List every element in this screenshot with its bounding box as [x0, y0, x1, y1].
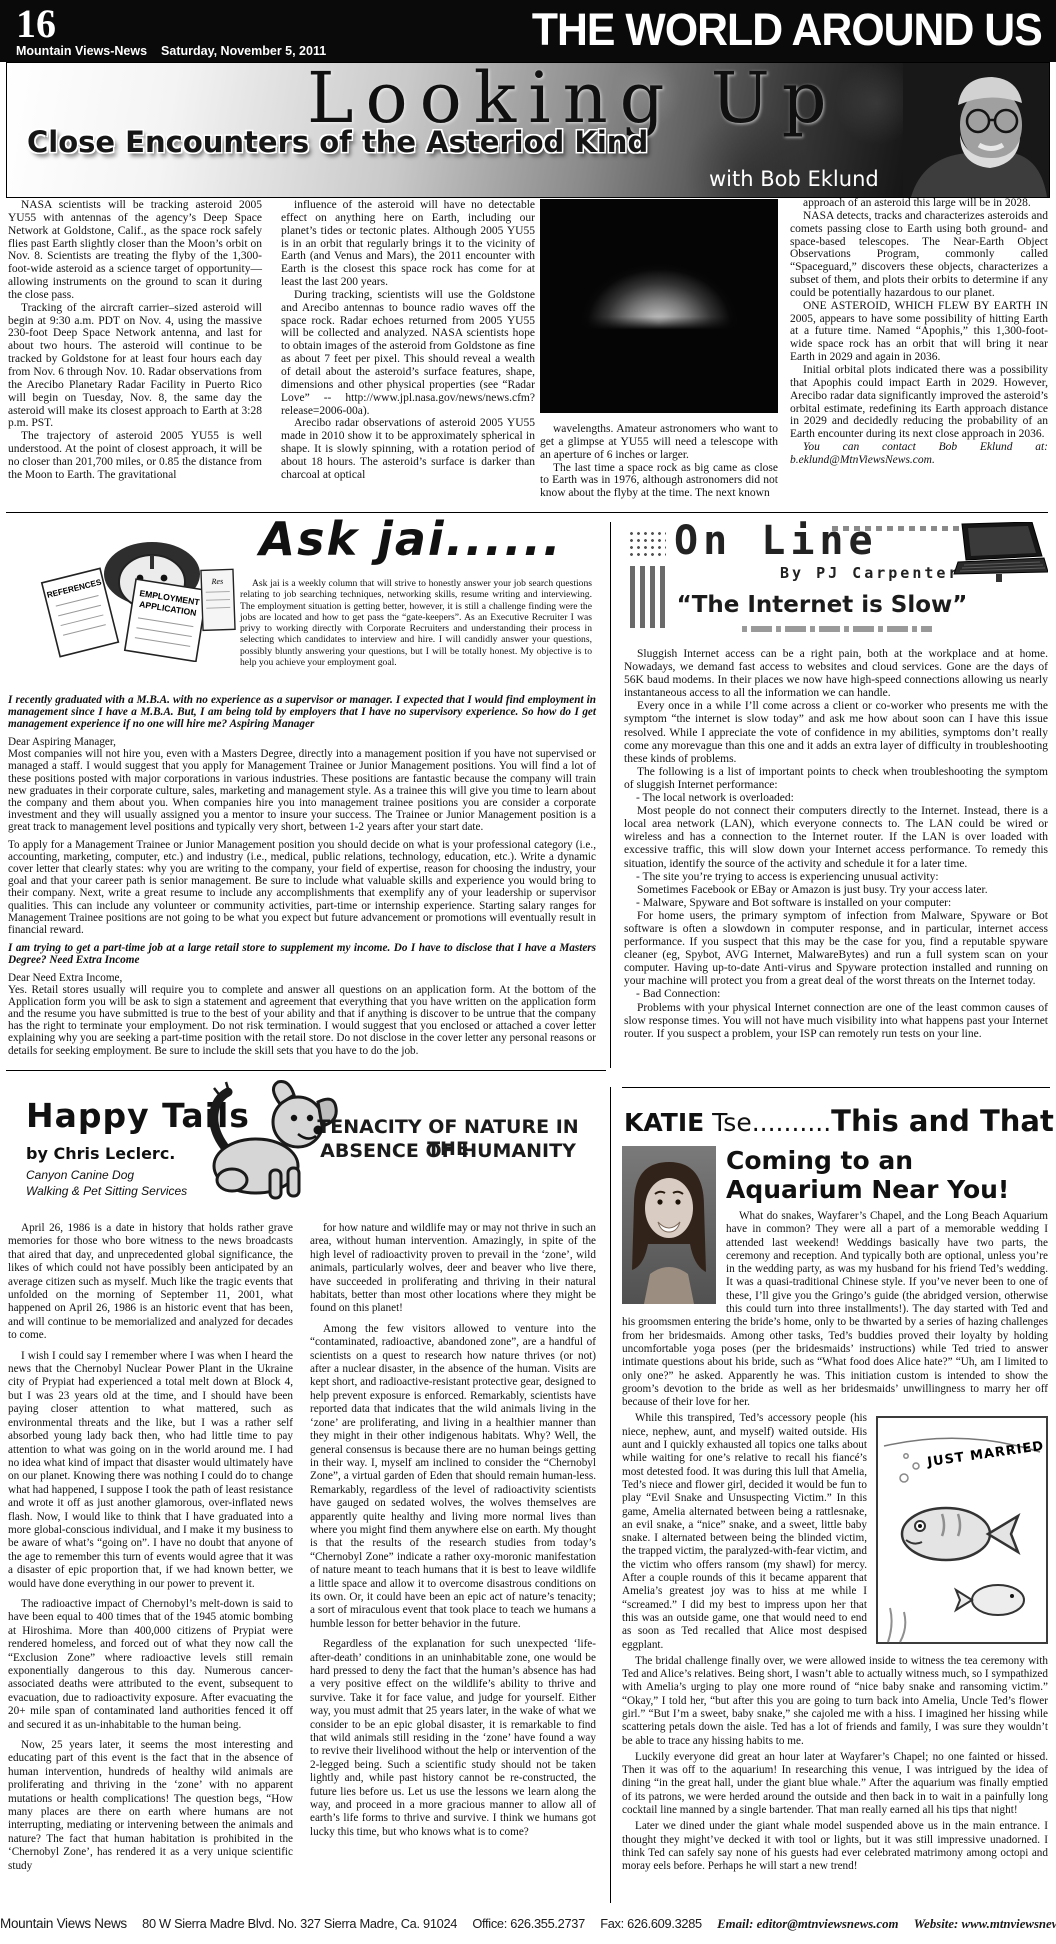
- paragraph: Tracking of the aircraft carrier–sized a…: [8, 302, 262, 430]
- footer-website: www.mtnviewsnews.com: [962, 1917, 1056, 1931]
- vertical-divider: [610, 522, 611, 1068]
- bullet-item: - Bad Connection:: [624, 988, 1048, 1001]
- footer-email: editor@mtnviewsnews.com: [757, 1917, 899, 1931]
- paragraph: JUST MARRIED While this transpired, Ted’…: [622, 1412, 1048, 1651]
- paper-name: Mountain Views-News: [16, 44, 147, 58]
- article-column-4: approach of an asteroid this large will …: [790, 197, 1048, 467]
- looking-up-banner: Looking Up with Bob Eklund Close Encount…: [6, 62, 1050, 198]
- answer-paragraph: Most companies will not hire you, even w…: [8, 748, 596, 833]
- on-line-header: On Line By PJ Carpenter “The Internet is…: [622, 520, 1050, 646]
- paragraph: approach of an asteroid this large will …: [790, 197, 1048, 210]
- answer-paragraph: To apply for a Management Trainee or Jun…: [8, 839, 596, 936]
- happy-tails-column-2: for how nature and wildlife may or may n…: [310, 1222, 596, 1846]
- on-line-byline: By PJ Carpenter: [780, 564, 960, 582]
- bullet-item: - Malware, Spyware and Bot software is i…: [624, 897, 1048, 910]
- paragraph: Most people do not connect their compute…: [624, 805, 1048, 870]
- issue-date: Saturday, November 5, 2011: [161, 44, 326, 58]
- on-line-title: On Line: [674, 518, 878, 564]
- paragraph: I wish I could say I remember where I wa…: [8, 1350, 293, 1591]
- paragraph: The trajectory of asteroid 2005 YU55 is …: [8, 430, 262, 481]
- paragraph: Regardless of the explanation for such u…: [310, 1638, 596, 1839]
- reader-question: I recently graduated with a M.B.A. with …: [8, 694, 596, 730]
- paper-name-date: Mountain Views-NewsSaturday, November 5,…: [16, 44, 326, 58]
- happy-tails-column-1: April 26, 1986 is a date in history that…: [8, 1222, 293, 1880]
- footer-email-label: Email:: [717, 1917, 753, 1931]
- paragraph: Later we dined under the giant whale mod…: [622, 1820, 1048, 1873]
- footer-fax: Fax: 626.609.3285: [600, 1916, 702, 1931]
- article-headline: Close Encounters of the Asteriod Kind: [27, 125, 648, 159]
- asteroid-radar-image: [540, 199, 778, 413]
- paragraph: NASA detects, tracks and characterizes a…: [790, 210, 1048, 300]
- bullet-item: - The local network is overloaded:: [624, 792, 1048, 805]
- newspaper-page: 16 Mountain Views-NewsSaturday, November…: [0, 0, 1056, 1944]
- salutation: Dear Need Extra Income,: [8, 972, 596, 984]
- article-column-1: NASA scientists will be tracking asteroi…: [8, 199, 262, 482]
- dot-matrix-decoration: [628, 530, 666, 560]
- paragraph: During tracking, scientists will use the…: [281, 289, 535, 417]
- masthead: 16 Mountain Views-NewsSaturday, November…: [0, 0, 1056, 62]
- horizontal-divider: [6, 1070, 606, 1071]
- services-line: Walking & Pet Sitting Services: [26, 1184, 187, 1198]
- paragraph: Problems with your physical Internet con…: [624, 1002, 1048, 1041]
- ask-jai-title: Ask jai......: [246, 512, 576, 566]
- footer: Mountain Views News 80 W Sierra Madre Bl…: [0, 1916, 1056, 1932]
- paragraph: Sluggish Internet access can be a right …: [624, 648, 1048, 700]
- paragraph: The radioactive impact of Chernobyl’s me…: [8, 1598, 293, 1732]
- footer-website-label: Website:: [914, 1917, 959, 1931]
- katie-surname-dots: Tse..........: [704, 1108, 831, 1137]
- paragraph: Sometimes Facebook or EBay or Amazon is …: [624, 884, 1048, 897]
- ask-jai-intro: Ask jai is a weekly column that will str…: [240, 578, 592, 668]
- bullet-item: - The site you’re trying to access is ex…: [624, 871, 1048, 884]
- paragraph: influence of the asteroid will have no d…: [281, 199, 535, 289]
- footer-address: 80 W Sierra Madre Blvd. No. 327 Sierra M…: [142, 1916, 457, 1931]
- katie-name: KATIE: [624, 1108, 704, 1137]
- paragraph: ONE ASTEROID, WHICH FLEW BY EARTH IN 200…: [790, 300, 1048, 364]
- on-line-body: Sluggish Internet access can be a right …: [624, 648, 1048, 1041]
- salutation: Dear Aspiring Manager,: [8, 736, 596, 748]
- page-number: 16: [16, 0, 56, 47]
- on-line-headline: “The Internet is Slow”: [662, 592, 982, 618]
- katie-column-title: KATIE Tse..........This and That: [624, 1104, 1054, 1138]
- paragraph: The bridal challenge finally over, we we…: [622, 1655, 1048, 1748]
- paragraph: The last time a space rock as big came a…: [540, 462, 778, 501]
- services-line: Canyon Canine Dog: [26, 1168, 134, 1182]
- paragraph: Among the few visitors allowed to ventur…: [310, 1323, 596, 1631]
- ask-jai-body: I recently graduated with a M.B.A. with …: [8, 694, 596, 1063]
- article-column-3: wavelengths. Amateur astronomers who wan…: [540, 199, 778, 500]
- resume-label: Res: [210, 577, 223, 586]
- paragraph: Every once in a while I’ll come across a…: [624, 700, 1048, 765]
- bar-decoration: [630, 566, 666, 628]
- paragraph: for how nature and wildlife may or may n…: [310, 1222, 596, 1316]
- paragraph: wavelengths. Amateur astronomers who wan…: [540, 423, 778, 462]
- answer-paragraph: Yes. Retail stores usually will require …: [8, 984, 596, 1057]
- paragraph: Now, 25 years later, it seems the most i…: [8, 1739, 293, 1873]
- column-byline: with Bob Eklund: [709, 167, 879, 191]
- paragraph: NASA scientists will be tracking asteroi…: [8, 199, 262, 302]
- katie-column-name: This and That: [831, 1104, 1054, 1138]
- katie-article: Coming to an Aquarium Near You! What do …: [622, 1140, 1048, 1877]
- laptop-icon: [952, 522, 1048, 584]
- article-column-2: influence of the asteroid will have no d…: [281, 199, 535, 482]
- paragraph: Initial orbital plots indicated there wa…: [790, 364, 1048, 441]
- vertical-divider: [610, 1087, 611, 1903]
- application-paper: EMPLOYMENT APPLICATION: [125, 579, 207, 661]
- paragraph: Arecibo radar observations of asteroid 2…: [281, 417, 535, 481]
- paragraph: Luckily everyone did great an hour later…: [622, 1751, 1048, 1817]
- horizontal-divider: [622, 1087, 1050, 1088]
- just-married-cartoon: JUST MARRIED: [876, 1416, 1048, 1644]
- katie-photo: [622, 1146, 716, 1304]
- bob-eklund-photo: [903, 63, 1049, 197]
- paragraph: The following is a list of important poi…: [624, 766, 1048, 792]
- footer-office: Office: 626.355.2737: [472, 1916, 585, 1931]
- paragraph: April 26, 1986 is a date in history that…: [8, 1222, 293, 1343]
- ask-jai-cartoon: REFERENCES EMPLOYMENT APPLICATION Res: [34, 540, 236, 662]
- section-title: THE WORLD AROUND US: [532, 4, 1042, 56]
- contact-line: You can contact Bob Eklund at: b.eklund@…: [790, 441, 1048, 467]
- reader-question: I am trying to get a part-time job at a …: [8, 942, 596, 966]
- footer-paper-name: Mountain Views News: [0, 1916, 127, 1931]
- paragraph-text: While this transpired, Ted’s accessory p…: [622, 1412, 867, 1650]
- happy-tails-headline: ABSENCE OF HUMANITY: [300, 1140, 596, 1162]
- paragraph: For home users, the primary symptom of i…: [624, 910, 1048, 989]
- happy-tails-byline: by Chris Leclerc.: [26, 1144, 175, 1163]
- resume-paper: Res: [201, 569, 235, 630]
- dash-dot-decoration: [742, 626, 932, 632]
